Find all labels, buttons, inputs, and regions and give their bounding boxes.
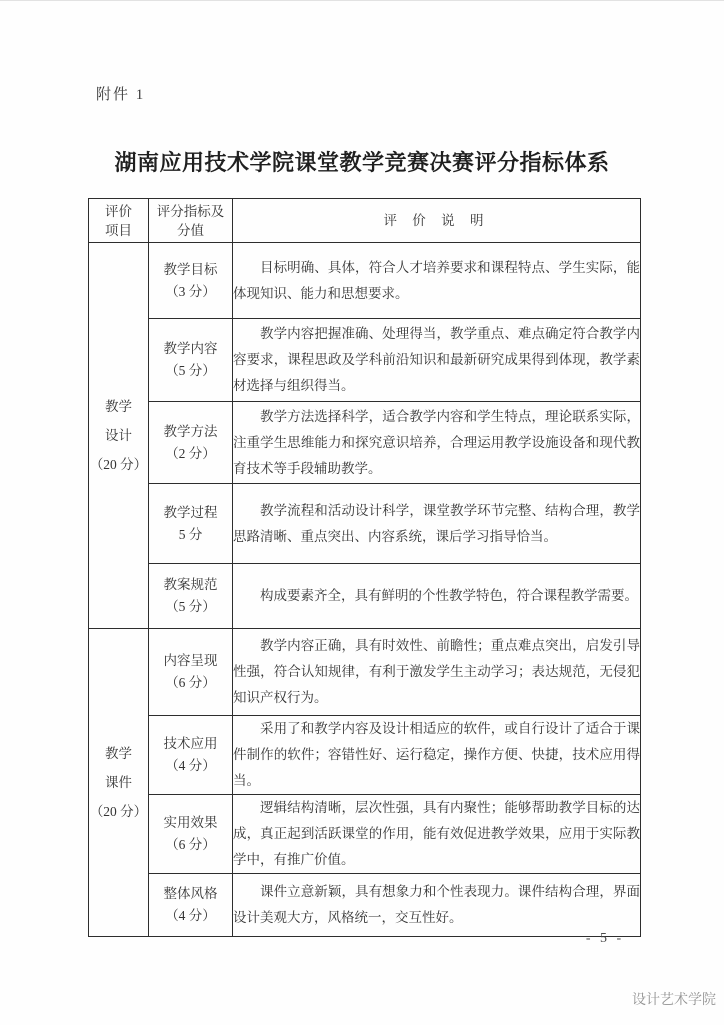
scoring-rubric-table: 评价 项目 评分指标及 分值 评 价 说 明 教学 设计 （20 分） 教学目标 [88,198,641,937]
description-text: 教学内容把握准确、处理得当，教学重点、难点确定符合教学内容要求，课程思政及学科前… [233,321,640,399]
indicator-cell: 内容呈现 （6 分） [149,629,233,716]
table-row: 教学 课件 （20 分） 内容呈现 （6 分） 教学内容正确，具有时效性、前瞻性… [89,629,641,716]
description-text: 教学内容正确，具有时效性、前瞻性；重点难点突出，启发引导性强，符合认知规律，有利… [233,633,640,711]
page-number: - 5 - [560,931,650,947]
indicator-name: 教学方法 [164,424,218,439]
description-text: 采用了和教学内容及设计相适应的软件，或自行设计了适合于课件制作的软件；容错性好、… [233,716,640,794]
description-cell: 逻辑结构清晰，层次性强，具有内聚性；能够帮助教学目标的达成，真正起到活跃课堂的作… [233,795,641,874]
group-cell-teaching-courseware: 教学 课件 （20 分） [89,629,149,937]
group-score: （20 分） [89,797,148,826]
group-name-line1: 教学 [89,739,148,768]
header-evaluation-item: 评价 项目 [89,199,149,243]
indicator-name: 教学目标 [164,262,218,277]
header-indicator-line2: 分值 [177,223,204,238]
description-cell: 目标明确、具体，符合人才培养要求和课程特点、学生实际，能体现知识、能力和思想要求… [233,243,641,319]
table-row: 实用效果 （6 分） 逻辑结构清晰，层次性强，具有内聚性；能够帮助教学目标的达成… [89,795,641,874]
table-row: 教案规范 （5 分） 构成要素齐全，具有鲜明的个性教学特色，符合课程教学需要。 [89,564,641,629]
watermark-text: 设计艺术学院 [632,989,716,1009]
header-description: 评 价 说 明 [233,199,641,243]
indicator-name: 整体风格 [164,886,218,901]
indicator-cell: 整体风格 （4 分） [149,874,233,937]
table-row: 教学过程 5 分 教学流程和活动设计科学，课堂教学环节完整、结构合理，教学思路清… [89,484,641,564]
description-text: 教学方法选择科学，适合教学内容和学生特点，理论联系实际，注重学生思维能力和探究意… [233,404,640,482]
description-cell: 教学内容正确，具有时效性、前瞻性；重点难点突出，启发引导性强，符合认知规律，有利… [233,629,641,716]
indicator-cell: 教学内容 （5 分） [149,319,233,402]
table-row: 教学方法 （2 分） 教学方法选择科学，适合教学内容和学生特点，理论联系实际，注… [89,402,641,484]
table-row: 整体风格 （4 分） 课件立意新颖，具有想象力和个性表现力。课件结构合理，界面设… [89,874,641,937]
indicator-name: 教案规范 [164,577,218,592]
description-cell: 教学流程和活动设计科学，课堂教学环节完整、结构合理，教学思路清晰、重点突出、内容… [233,484,641,564]
indicator-name: 实用效果 [164,815,218,830]
description-text: 逻辑结构清晰，层次性强，具有内聚性；能够帮助教学目标的达成，真正起到活跃课堂的作… [233,795,640,873]
header-evaluation-item-line1: 评价 [105,204,132,219]
header-evaluation-item-line2: 项目 [105,223,132,238]
indicator-score: （4 分） [165,758,216,773]
indicator-score: （6 分） [165,675,216,690]
description-text: 课件立意新颖，具有想象力和个性表现力。课件结构合理，界面设计美观大方，风格统一，… [233,879,640,931]
indicator-name: 技术应用 [164,736,218,751]
indicator-name: 教学内容 [164,341,218,356]
indicator-cell: 技术应用 （4 分） [149,716,233,795]
table-header-row: 评价 项目 评分指标及 分值 评 价 说 明 [89,199,641,243]
indicator-name: 内容呈现 [164,653,218,668]
table-row: 教学 设计 （20 分） 教学目标 （3 分） 目标明确、具体，符合人才培养要求… [89,243,641,319]
indicator-score: 5 分 [179,527,203,542]
group-name-line2: 课件 [89,768,148,797]
indicator-cell: 教学方法 （2 分） [149,402,233,484]
description-cell: 教学方法选择科学，适合教学内容和学生特点，理论联系实际，注重学生思维能力和探究意… [233,402,641,484]
indicator-score: （5 分） [165,363,216,378]
indicator-score: （2 分） [165,446,216,461]
description-text: 教学流程和活动设计科学，课堂教学环节完整、结构合理，教学思路清晰、重点突出、内容… [233,498,640,550]
header-indicator: 评分指标及 分值 [149,199,233,243]
attachment-label: 附件 1 [96,83,145,104]
header-indicator-line1: 评分指标及 [157,204,225,219]
description-cell: 教学内容把握准确、处理得当，教学重点、难点确定符合教学内容要求，课程思政及学科前… [233,319,641,402]
indicator-score: （5 分） [165,599,216,614]
table-row: 技术应用 （4 分） 采用了和教学内容及设计相适应的软件，或自行设计了适合于课件… [89,716,641,795]
indicator-score: （4 分） [165,908,216,923]
description-text: 构成要素齐全，具有鲜明的个性教学特色，符合课程教学需要。 [233,583,640,609]
header-description-text: 评 价 说 明 [383,213,489,228]
table-row: 教学内容 （5 分） 教学内容把握准确、处理得当，教学重点、难点确定符合教学内容… [89,319,641,402]
indicator-cell: 教学目标 （3 分） [149,243,233,319]
indicator-score: （6 分） [165,837,216,852]
indicator-score: （3 分） [165,284,216,299]
description-text: 目标明确、具体，符合人才培养要求和课程特点、学生实际，能体现知识、能力和思想要求… [233,255,640,307]
group-name-line2: 设计 [89,421,148,450]
group-cell-teaching-design: 教学 设计 （20 分） [89,243,149,629]
description-cell: 构成要素齐全，具有鲜明的个性教学特色，符合课程教学需要。 [233,564,641,629]
indicator-cell: 实用效果 （6 分） [149,795,233,874]
document-page: 附件 1 湖南应用技术学院课堂教学竞赛决赛评分指标体系 评价 项目 评分指标及 … [0,0,724,1025]
page-title: 湖南应用技术学院课堂教学竞赛决赛评分指标体系 [0,146,724,177]
description-cell: 采用了和教学内容及设计相适应的软件，或自行设计了适合于课件制作的软件；容错性好、… [233,716,641,795]
group-name-line1: 教学 [89,392,148,421]
description-cell: 课件立意新颖，具有想象力和个性表现力。课件结构合理，界面设计美观大方，风格统一，… [233,874,641,937]
group-score: （20 分） [89,450,148,479]
indicator-cell: 教案规范 （5 分） [149,564,233,629]
indicator-cell: 教学过程 5 分 [149,484,233,564]
indicator-name: 教学过程 [164,505,218,520]
